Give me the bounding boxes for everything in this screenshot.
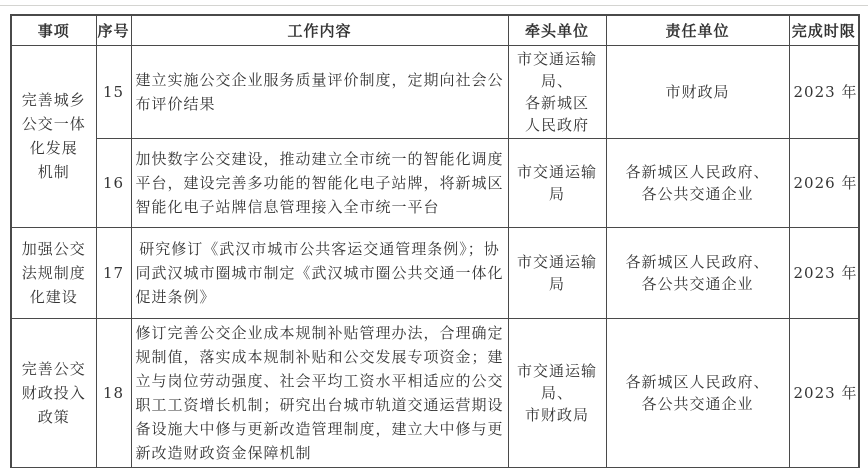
table-header-row: 事项 序号 工作内容 牵头单位 责任单位 完成时限 [11, 15, 859, 45]
lead-unit-cell: 市交通运输局 [508, 227, 606, 318]
lead-unit-cell: 市交通运输局、 市财政局 [508, 318, 606, 468]
work-content-cell: 修订完善公交企业成本规制补贴管理办法，合理确定规制值，落实成本规制补贴和公交发展… [131, 318, 508, 468]
work-content-cell: 研究修订《武汉市城市公共客运交通管理条例》；协同武汉城市圈城市制定《武汉城市圈公… [131, 227, 508, 318]
header-item: 事项 [11, 15, 96, 45]
header-responsible-unit: 责任单位 [606, 15, 789, 45]
scan-artifact-line [0, 5, 868, 6]
work-plan-table: 事项 序号 工作内容 牵头单位 责任单位 完成时限 完善城乡 公交一体 化发展 … [10, 14, 860, 468]
seq-cell: 17 [96, 227, 131, 318]
seq-cell: 16 [96, 138, 131, 227]
table-row: 16 加快数字公交建设，推动建立全市统一的智能化调度平台，建设完善多功能的智能化… [11, 138, 859, 227]
header-work-content: 工作内容 [131, 15, 508, 45]
lead-unit-cell: 市交通运输局 [508, 138, 606, 227]
deadline-cell: 2023 年 [789, 45, 859, 138]
header-seq: 序号 [96, 15, 131, 45]
deadline-cell: 2026 年 [789, 138, 859, 227]
responsible-unit-cell: 各新城区人民政府、 各公共交通企业 [606, 227, 789, 318]
seq-cell: 15 [96, 45, 131, 138]
deadline-cell: 2023 年 [789, 318, 859, 468]
header-lead-unit: 牵头单位 [508, 15, 606, 45]
table-row: 加强公交 法规制度 化建设 17 研究修订《武汉市城市公共客运交通管理条例》；协… [11, 227, 859, 318]
item-group-cell: 完善城乡 公交一体 化发展 机制 [11, 45, 96, 227]
item-group-cell: 加强公交 法规制度 化建设 [11, 227, 96, 318]
seq-cell: 18 [96, 318, 131, 468]
deadline-cell: 2023 年 [789, 227, 859, 318]
work-content-cell: 加快数字公交建设，推动建立全市统一的智能化调度平台，建设完善多功能的智能化电子站… [131, 138, 508, 227]
table-row: 完善公交 财政投入 政策 18 修订完善公交企业成本规制补贴管理办法，合理确定规… [11, 318, 859, 468]
responsible-unit-cell: 各新城区人民政府、 各公共交通企业 [606, 138, 789, 227]
lead-unit-cell: 市交通运输局、 各新城区 人民政府 [508, 45, 606, 138]
table-row: 完善城乡 公交一体 化发展 机制 15 建立实施公交企业服务质量评价制度，定期向… [11, 45, 859, 138]
item-group-cell: 完善公交 财政投入 政策 [11, 318, 96, 468]
responsible-unit-cell: 各新城区人民政府、 各公共交通企业 [606, 318, 789, 468]
responsible-unit-cell: 市财政局 [606, 45, 789, 138]
header-deadline: 完成时限 [789, 15, 859, 45]
work-content-cell: 建立实施公交企业服务质量评价制度，定期向社会公布评价结果 [131, 45, 508, 138]
